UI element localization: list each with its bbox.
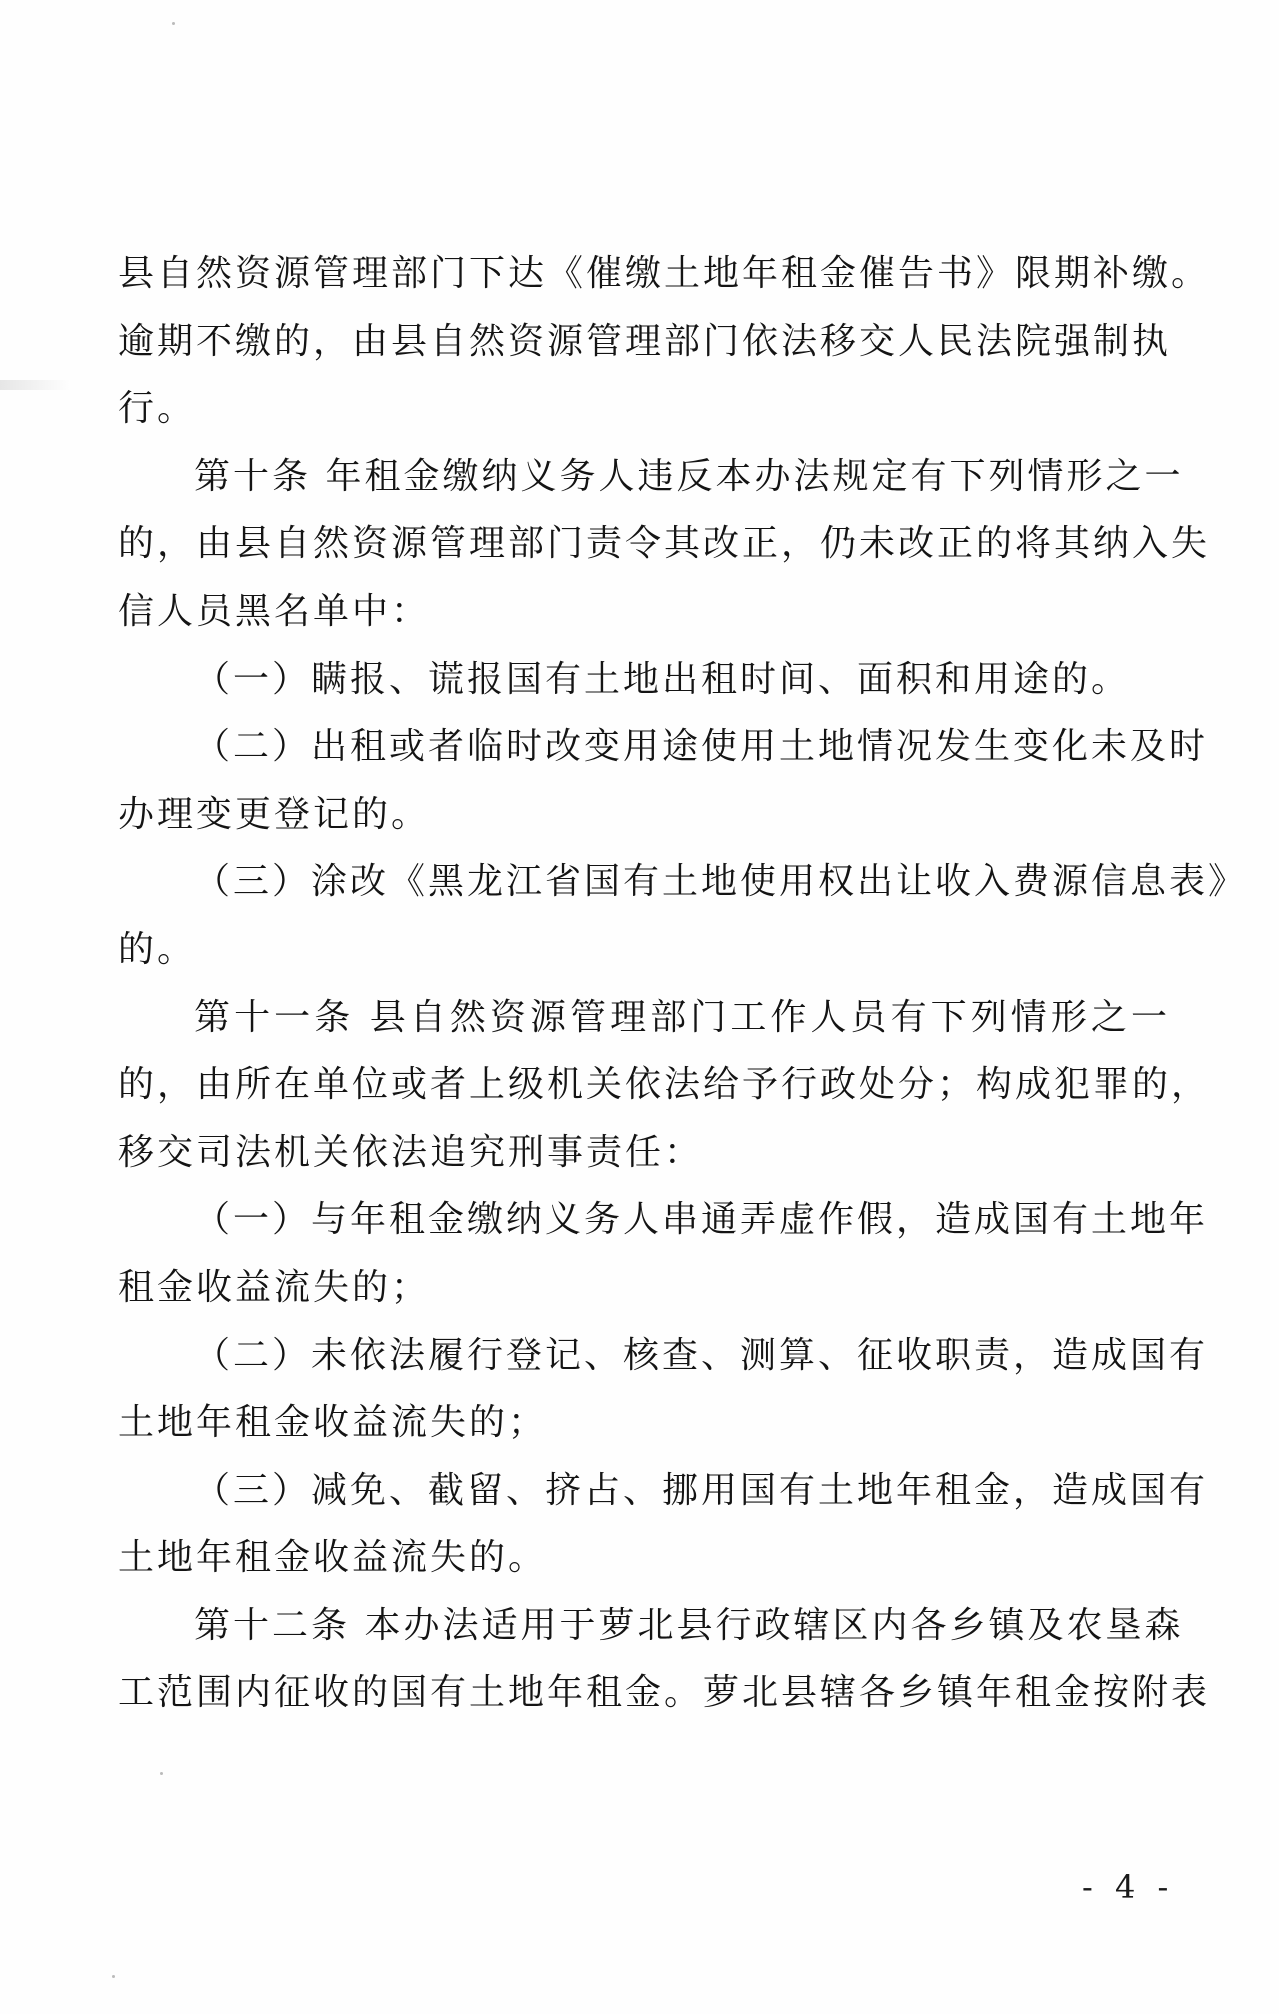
list-item-line: （二）出租或者临时改变用途使用土地情况发生变化未及时 — [118, 719, 1170, 787]
article-12-heading-line: 第十二条 本办法适用于萝北县行政辖区内各乡镇及农垦森 — [118, 1598, 1170, 1666]
list-item-line: （三）涂改《黑龙江省国有土地使用权出让收入费源信息表》 — [118, 854, 1170, 922]
text-line: 租金收益流失的； — [118, 1260, 1170, 1328]
body-text: 县自然资源管理部门下达《催缴土地年租金催告书》限期补缴。 逾期不缴的，由县自然资… — [118, 246, 1170, 1733]
scan-speck — [160, 1772, 163, 1775]
text-line: 的，由所在单位或者上级机关依法给予行政处分；构成犯罪的， — [118, 1057, 1170, 1125]
list-item-line: （三）减免、截留、挤占、挪用国有土地年租金，造成国有 — [118, 1463, 1170, 1531]
page-number: - 4 - — [1082, 1868, 1174, 1906]
scan-speck — [172, 22, 175, 25]
article-11-heading-line: 第十一条 县自然资源管理部门工作人员有下列情形之一 — [118, 990, 1170, 1058]
text-line: 移交司法机关依法追究刑事责任： — [118, 1125, 1170, 1193]
text-line: 行。 — [118, 381, 1170, 449]
text-line: 逾期不缴的，由县自然资源管理部门依法移交人民法院强制执 — [118, 314, 1170, 382]
document-page: 县自然资源管理部门下达《催缴土地年租金催告书》限期补缴。 逾期不缴的，由县自然资… — [0, 0, 1279, 2014]
list-item-line: （二）未依法履行登记、核查、测算、征收职责，造成国有 — [118, 1328, 1170, 1396]
text-line: 工范围内征收的国有土地年租金。萝北县辖各乡镇年租金按附表 — [118, 1665, 1170, 1733]
article-10-heading-line: 第十条 年租金缴纳义务人违反本办法规定有下列情形之一 — [118, 449, 1170, 517]
text-line: 土地年租金收益流失的； — [118, 1395, 1170, 1463]
list-item-line: （一）瞒报、谎报国有土地出租时间、面积和用途的。 — [118, 652, 1170, 720]
text-line: 土地年租金收益流失的。 — [118, 1530, 1170, 1598]
scan-speck — [112, 1975, 115, 1978]
text-line: 信人员黑名单中： — [118, 584, 1170, 652]
text-line: 办理变更登记的。 — [118, 787, 1170, 855]
scan-edge-mark — [0, 380, 70, 390]
text-line: 的，由县自然资源管理部门责令其改正，仍未改正的将其纳入失 — [118, 516, 1170, 584]
text-line: 县自然资源管理部门下达《催缴土地年租金催告书》限期补缴。 — [118, 246, 1170, 314]
list-item-line: （一）与年租金缴纳义务人串通弄虚作假，造成国有土地年 — [118, 1192, 1170, 1260]
text-line: 的。 — [118, 922, 1170, 990]
